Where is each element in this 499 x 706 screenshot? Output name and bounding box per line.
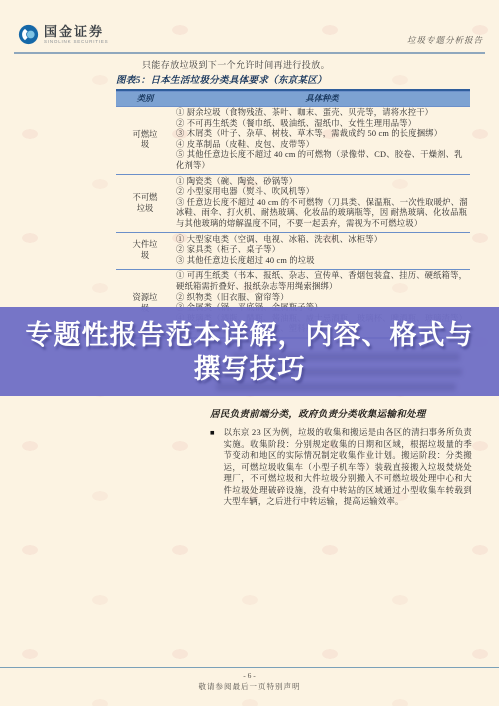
column-header-category: 类别	[116, 92, 174, 106]
table-item: ③ 木屑类（叶子、杂草、树枝、草木等，需裁成约 50 cm 的长度捆绑）	[176, 129, 468, 140]
table-row-noncombustible: 不可燃垃圾 ① 陶瓷类（碗、陶瓷、砂锅等） ② 小型家用电器（熨斗、吹风机等） …	[116, 174, 470, 232]
column-header-types: 具体种类	[174, 92, 470, 106]
page-header: 国金证券 SINOLINK SECURITIES 垃圾专题分析报告	[14, 22, 485, 54]
items-cell: ① 大型家电类（空调、电视、冰箱、洗衣机、冰柜等） ② 家具类（柜子、桌子等） …	[174, 233, 470, 269]
banner-title-line1: 专题性报告范本详解，内容、格式与	[0, 318, 499, 352]
table-item: ① 可再生纸类（书本、报纸、杂志、宣传单、香烟包装盒、挂历、硬纸箱等，硬纸箱需折…	[176, 271, 468, 292]
table-header-row: 类别 具体种类	[116, 92, 470, 106]
body-section: 居民负责前端分类，政府负责分类收集运输和处理 ■ 以东京 23 区为例，垃圾的收…	[210, 406, 472, 508]
bullet-paragraph-row: ■ 以东京 23 区为例，垃圾的收集和搬运是由各区的清扫事务所负责实施。收集阶段…	[210, 427, 472, 508]
section-heading: 居民负责前端分类，政府负责分类收集运输和处理	[210, 406, 472, 420]
page-number: - 6 -	[0, 671, 499, 680]
sinolink-logo: 国金证券 SINOLINK SECURITIES	[18, 24, 108, 45]
banner-title-line2: 撰写技巧	[0, 352, 499, 386]
intro-sentence: 只能存放垃圾到下一个允许时间再进行投放。	[142, 58, 330, 71]
table-item: ⑤ 其他任意边长度不超过 40 cm 的可燃物（录像带、CD、胶卷、干燥剂、乳化…	[176, 150, 468, 171]
bullet-square-icon: ■	[210, 427, 215, 508]
brand-name: 国金证券	[44, 25, 108, 38]
category-cell: 大件垃圾	[116, 233, 174, 269]
table-item: ④ 皮革制品（皮鞋、皮包、皮带等）	[176, 140, 468, 151]
table-item: ② 小型家用电器（熨斗、吹风机等）	[176, 187, 468, 198]
table-row-combustible: 可燃垃圾 ① 厨余垃圾（食物残渣、茶叶、咖末、蛋壳、贝壳等，请将水控干） ② 不…	[116, 106, 470, 175]
sinolink-logo-icon	[18, 24, 39, 45]
table-item: ① 厨余垃圾（食物残渣、茶叶、咖末、蛋壳、贝壳等，请将水控干）	[176, 108, 468, 119]
title-overlay-banner: 专题性报告范本详解，内容、格式与 撰写技巧	[0, 307, 499, 396]
brand-subtitle: SINOLINK SECURITIES	[44, 40, 108, 45]
table-item: ③ 其他任意边长度超过 40 cm 的垃圾	[176, 256, 468, 267]
figure-caption: 图表5：日本生活垃圾分类具体要求（东京某区）	[116, 72, 470, 91]
report-type-label: 垃圾专题分析报告	[407, 34, 483, 46]
table-row-oversized: 大件垃圾 ① 大型家电类（空调、电视、冰箱、洗衣机、冰柜等） ② 家具类（柜子、…	[116, 232, 470, 269]
report-page: 国金证券 SINOLINK SECURITIES 垃圾专题分析报告 只能存放垃圾…	[0, 0, 499, 706]
footer-divider	[0, 667, 499, 668]
category-cell: 可燃垃圾	[116, 107, 174, 175]
table-item: ① 陶瓷类（碗、陶瓷、砂锅等）	[176, 177, 468, 188]
table-item: ② 家具类（柜子、桌子等）	[176, 245, 468, 256]
banner-title: 专题性报告范本详解，内容、格式与 撰写技巧	[0, 318, 499, 386]
table-item: ③ 任意边长度不超过 40 cm 的不可燃物（刀具类、保温瓶、一次性取暖炉、溜冰…	[176, 198, 468, 230]
items-cell: ① 厨余垃圾（食物残渣、茶叶、咖末、蛋壳、贝壳等，请将水控干） ② 不可再生纸类…	[174, 107, 470, 175]
body-paragraph: 以东京 23 区为例，垃圾的收集和搬运是由各区的清扫事务所负责实施。收集阶段：分…	[224, 427, 472, 508]
garbage-classification-table: 类别 具体种类 可燃垃圾 ① 厨余垃圾（食物残渣、茶叶、咖末、蛋壳、贝壳等，请将…	[116, 91, 470, 339]
category-cell: 不可燃垃圾	[116, 175, 174, 232]
footer-disclaimer: 敬请参阅最后一页特别声明	[0, 681, 499, 692]
table-item: ② 织物类（旧衣服、窗帘等）	[176, 293, 468, 304]
table-item: ② 不可再生纸类（餐巾纸、吸油纸、湿纸巾、女性生理用品等）	[176, 119, 468, 130]
figure-block: 图表5：日本生活垃圾分类具体要求（东京某区） 类别 具体种类 可燃垃圾 ① 厨余…	[116, 72, 470, 339]
items-cell: ① 陶瓷类（碗、陶瓷、砂锅等） ② 小型家用电器（熨斗、吹风机等） ③ 任意边长…	[174, 175, 470, 232]
table-item: ① 大型家电类（空调、电视、冰箱、洗衣机、冰柜等）	[176, 235, 468, 246]
